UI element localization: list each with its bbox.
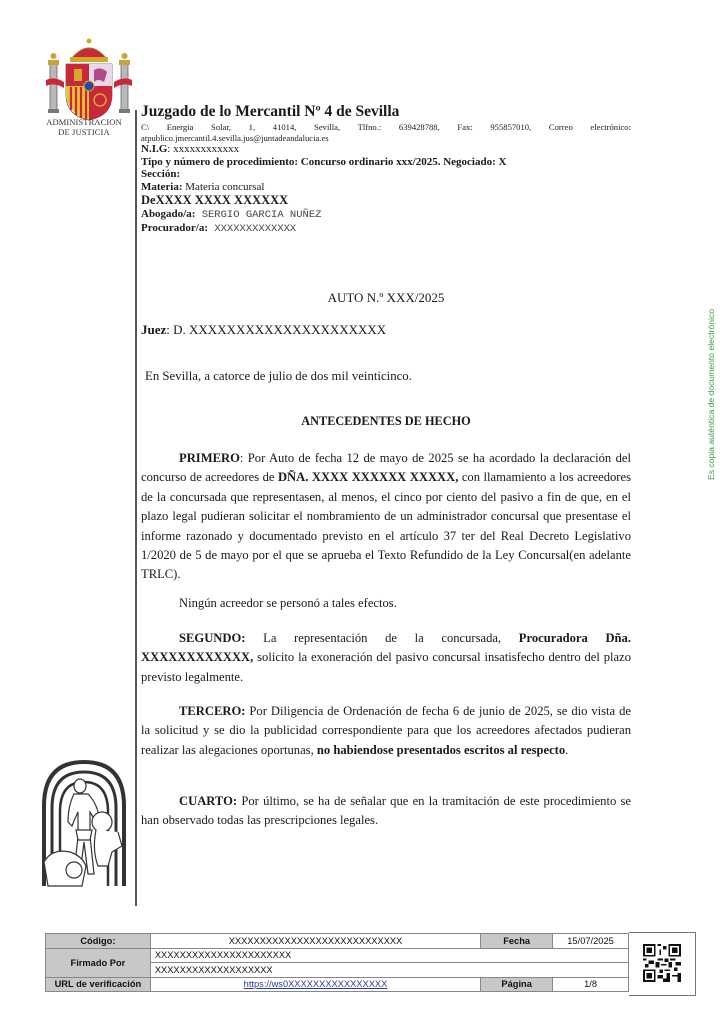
firmado-value-2: XXXXXXXXXXXXXXXXXXX	[150, 963, 628, 978]
nig-row: N.I.G: xxxxxxxxxxxx	[141, 143, 631, 156]
table-row: Código: XXXXXXXXXXXXXXXXXXXXXXXXXXXX Fec…	[46, 934, 629, 949]
tercero-label: TERCERO:	[179, 704, 245, 718]
paragraph-ninguno: Ningún acreedor se personó a tales efect…	[141, 594, 631, 613]
pagina-value: 1/8	[553, 977, 629, 992]
table-row: Firmado Por XXXXXXXXXXXXXXXXXXXXXX	[46, 948, 629, 963]
procedure-row: Tipo y número de procedimiento: Concurso…	[141, 156, 631, 169]
segundo-text-a: La representación de la concursada,	[245, 631, 518, 645]
abogado-value: SERGIO GARCIA NUÑEZ	[195, 209, 321, 221]
paragraph-primero: PRIMERO: Por Auto de fecha 12 de mayo de…	[141, 449, 631, 585]
url-label: URL de verificación	[46, 977, 151, 992]
codigo-value: XXXXXXXXXXXXXXXXXXXXXXXXXXXX	[150, 934, 480, 949]
section-label: Sección:	[141, 168, 180, 180]
table-row: URL de verificación https://ws0XXXXXXXXX…	[46, 977, 629, 992]
procurador-row: Procurador/a: XXXXXXXXXXXXX	[141, 222, 631, 236]
judge-value: : D. XXXXXXXXXXXXXXXXXXXXX	[166, 322, 386, 337]
seal-label: ADMINISTRACION DE JUSTICIA	[34, 117, 134, 137]
seal-label-line1: ADMINISTRACION	[34, 117, 134, 127]
primero-bold: DÑA. XXXX XXXXXX XXXXX,	[278, 470, 458, 484]
party-de: DeXXXX XXXX XXXXXX	[141, 193, 631, 208]
materia-label: Materia:	[141, 181, 183, 193]
nig-label: N.I.G	[141, 143, 167, 155]
seal-label-line2: DE JUSTICIA	[34, 127, 134, 137]
primero-label: PRIMERO	[179, 451, 240, 465]
spain-coat-of-arms-icon	[44, 36, 134, 126]
pagina-label: Página	[481, 977, 553, 992]
paragraph-cuarto: CUARTO: Por último, se ha de señalar que…	[141, 792, 631, 831]
segundo-label: SEGUNDO:	[179, 631, 245, 645]
ninguno-text: Ningún acreedor se personó a tales efect…	[179, 596, 397, 610]
firmado-value-1: XXXXXXXXXXXXXXXXXXXXXX	[150, 948, 628, 963]
materia-row: Materia: Materia concursal	[141, 181, 631, 194]
tercero-text-b: .	[565, 743, 568, 757]
margin-rule	[135, 110, 137, 906]
procedure-text: Tipo y número de procedimiento: Concurso…	[141, 156, 506, 168]
materia-value: Materia concursal	[183, 181, 265, 193]
judge-line: Juez: D. XXXXXXXXXXXXXXXXXXXXX	[141, 322, 386, 338]
paragraph-segundo: SEGUNDO: La representación de la concurs…	[141, 629, 631, 687]
fecha-value: 15/07/2025	[553, 934, 629, 949]
paragraph-tercero: TERCERO: Por Diligencia de Ordenación de…	[141, 702, 631, 760]
case-header: Juzgado de lo Mercantil Nº 4 de Sevilla …	[141, 103, 631, 235]
court-email: atpublico.jmercantil.4.sevilla.jus@junta…	[141, 133, 631, 144]
procurador-label: Procurador/a:	[141, 222, 208, 234]
section-heading: ANTECEDENTES DE HECHO	[141, 414, 631, 429]
court-name: Juzgado de lo Mercantil Nº 4 de Sevilla	[141, 103, 631, 121]
firmado-label: Firmado Por	[46, 948, 151, 977]
junta-andalucia-emblem-icon	[38, 756, 130, 888]
judge-label: Juez	[141, 322, 166, 337]
abogado-label: Abogado/a:	[141, 208, 195, 220]
authenticity-note: Es copia auténtica de documento electrón…	[706, 309, 716, 480]
qr-code-icon[interactable]	[643, 944, 681, 982]
fecha-label: Fecha	[481, 934, 553, 949]
verification-url-link[interactable]: https://ws0XXXXXXXXXXXXXXXX	[244, 979, 388, 989]
cuarto-label: CUARTO:	[179, 794, 237, 808]
place-date: En Sevilla, a catorce de julio de dos mi…	[145, 369, 412, 384]
section-row: Sección:	[141, 168, 631, 181]
nig-value: : xxxxxxxxxxxx	[167, 143, 239, 155]
url-cell: https://ws0XXXXXXXXXXXXXXXX	[150, 977, 480, 992]
tercero-bold: no habiendose presentados escritos al re…	[317, 743, 565, 757]
document-title: AUTO N.º XXX/2025	[141, 290, 631, 306]
abogado-row: Abogado/a: SERGIO GARCIA NUÑEZ	[141, 208, 631, 222]
codigo-label: Código:	[46, 934, 151, 949]
verification-table: Código: XXXXXXXXXXXXXXXXXXXXXXXXXXXX Fec…	[45, 933, 629, 992]
primero-text-b: con llamamiento a los acreedores de la c…	[141, 470, 631, 581]
procurador-value: XXXXXXXXXXXXX	[208, 223, 296, 235]
court-address: C\ Energia Solar, 1, 41014, Sevilla, Tlf…	[141, 122, 631, 133]
